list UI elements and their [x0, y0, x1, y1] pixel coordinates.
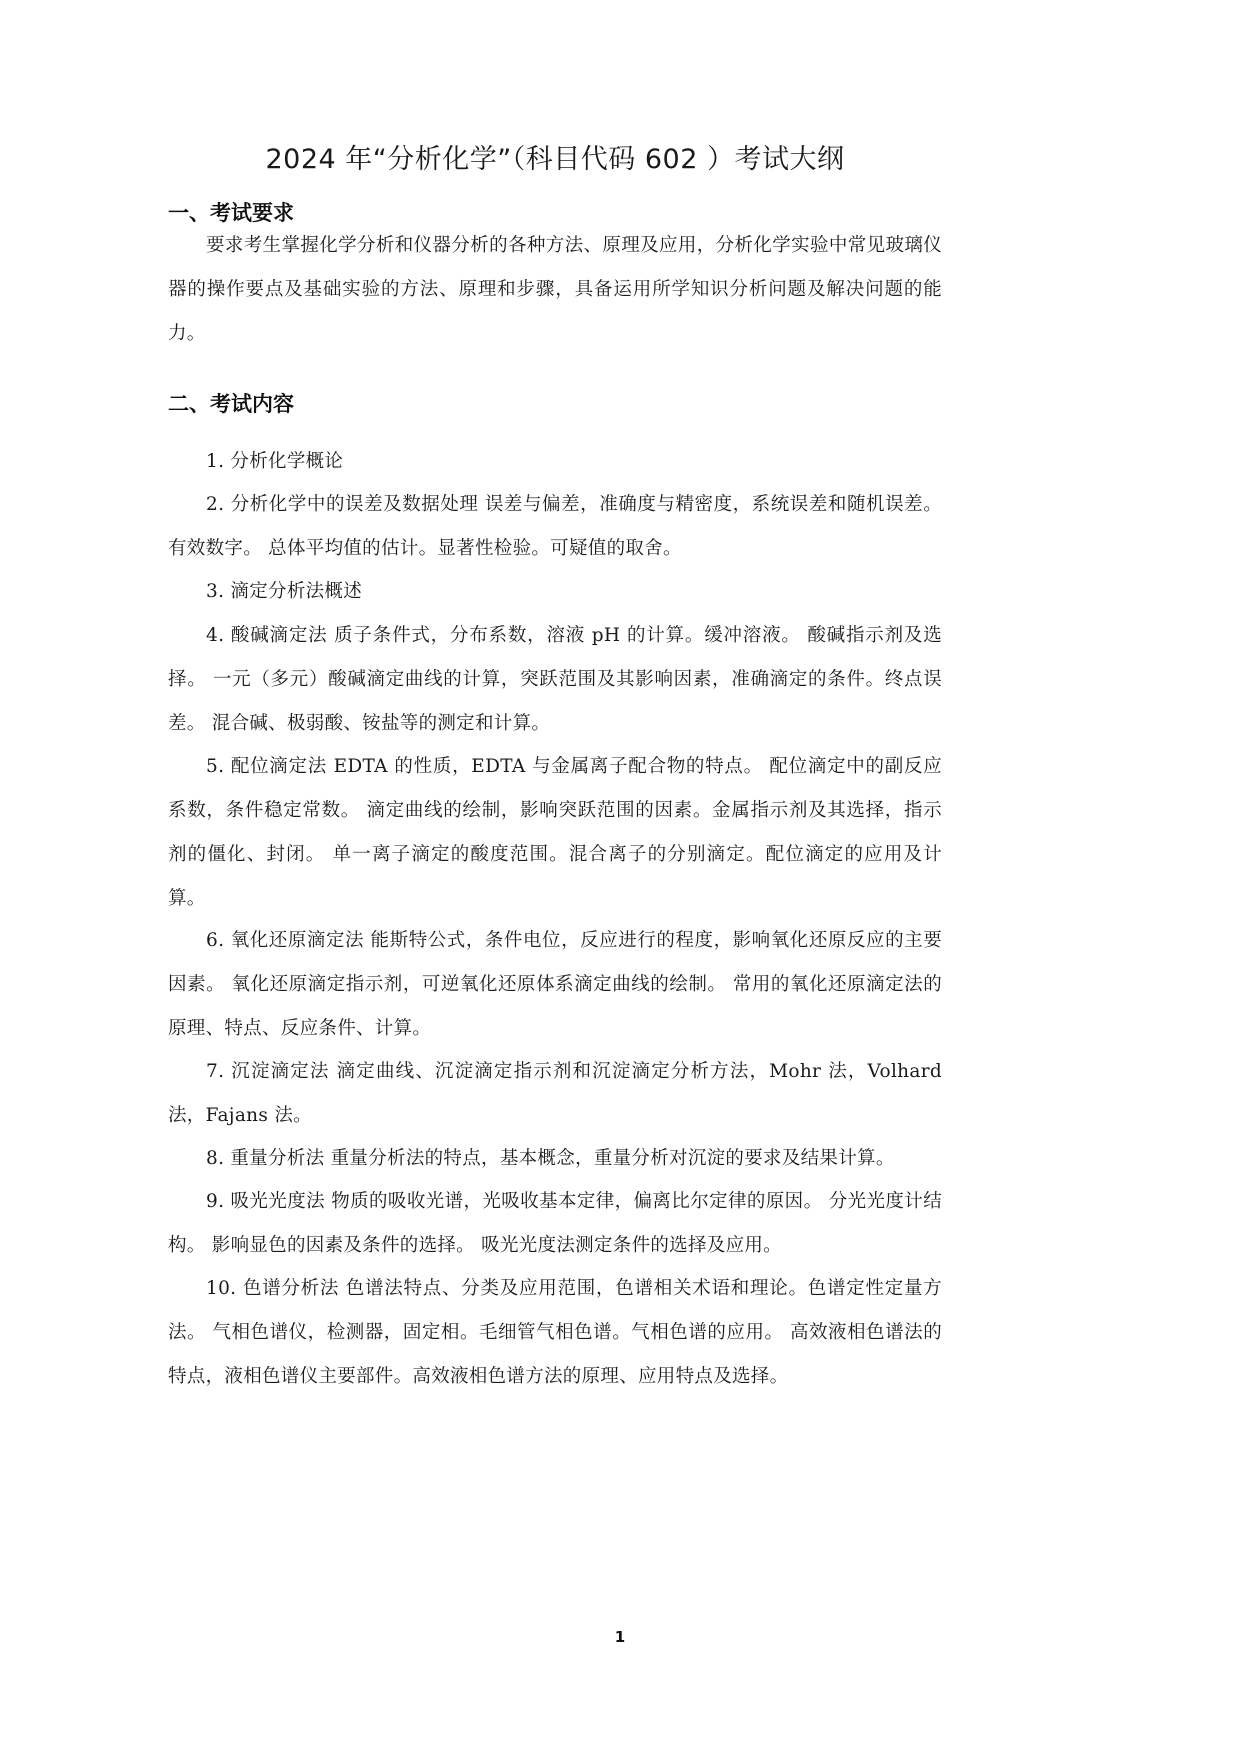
section-heading-content: 二、考试内容: [168, 388, 294, 420]
content-item-5: 5. 配位滴定法 EDTA 的性质，EDTA 与金属离子配合物的特点。 配位滴定…: [168, 745, 942, 921]
content-item-4: 4. 酸碱滴定法 质子条件式，分布系数，溶液 pH 的计算。缓冲溶液。 酸碱指示…: [168, 614, 942, 746]
content-item-8: 8. 重量分析法 重量分析法的特点，基本概念，重量分析对沉淀的要求及结果计算。: [168, 1137, 942, 1181]
page-number: 1: [0, 1628, 1240, 1646]
content-item-10: 10. 色谱分析法 色谱法特点、分类及应用范围，色谱相关术语和理论。色谱定性定量…: [168, 1267, 942, 1399]
document-title: 2024 年“分析化学”（科目代码 602 ）考试大纲: [168, 140, 942, 180]
requirements-paragraph: 要求考生掌握化学分析和仪器分析的各种方法、原理及应用，分析化学实验中常见玻璃仪器…: [168, 224, 942, 356]
content-item-6: 6. 氧化还原滴定法 能斯特公式，条件电位，反应进行的程度，影响氧化还原反应的主…: [168, 919, 942, 1051]
content-item-9: 9. 吸光光度法 物质的吸收光谱，光吸收基本定律，偏离比尔定律的原因。 分光光度…: [168, 1180, 942, 1268]
content-item-3: 3. 滴定分析法概述: [168, 570, 942, 614]
content-item-7: 7. 沉淀滴定法 滴定曲线、沉淀滴定指示剂和沉淀滴定分析方法，Mohr 法，Vo…: [168, 1050, 942, 1138]
content-item-2: 2. 分析化学中的误差及数据处理 误差与偏差，准确度与精密度，系统误差和随机误差…: [168, 483, 942, 571]
content-item-1: 1. 分析化学概论: [168, 440, 942, 484]
